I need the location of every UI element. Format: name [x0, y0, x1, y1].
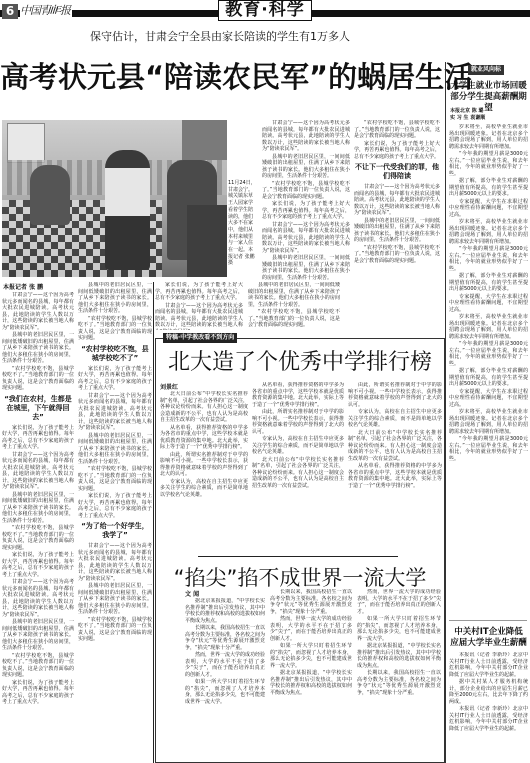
masthead-email: E-mail:jiaoyu@cyol.net.cn [472, 20, 530, 27]
main-story-column-1a: 甘肃会宁——这个因为高考状元多而闻名的县城，每年都有大批农民进城陪读。高考状元县… [2, 292, 74, 763]
article2-column-2: 从名单看，获得推荐资格的中学多为各省市的重点中学，这些学校本就是优质教育资源的集… [252, 382, 344, 551]
main-story-column-3: “农村学校吃不饱，县城学校吃不了。”当地教育部门的一位负责人说，这是会宁教育面临… [354, 120, 440, 332]
article3-byline: 文 闻 [185, 589, 199, 598]
sidebar-story2-body: 本报讯（记者 李新玲）北京中关村IT行业人士日前透露，受经济危机影响，今年中关村… [449, 652, 528, 763]
masthead-date: 2009年12月4日 [92, 20, 129, 27]
article2-column-3: 由此，所谓实名推荐制对于中学的影响不可小视。一些中学校长表示，获得推荐资格就意味… [348, 382, 442, 551]
main-story-column-1b: 县城中的老旧居民区里，一间间低矮破旧的出租屋里，住满了从乡下来陪孩子读书的家长。… [78, 282, 152, 763]
main-story-column-2-tail: 家长们说，为了孩子能考上好大学，再苦再累也值得。每年高考之后，总有不少家庭的孩子… [155, 282, 243, 330]
photo-wall-sign [7, 123, 45, 163]
photo-student-left [30, 165, 70, 225]
main-story-column-3-tail: 县城中的老旧居民区里，一间间低矮破旧的出租屋里，住满了从乡下来陪孩子读书的家长。… [248, 282, 340, 330]
sidebar-story1-headline-1: 大学生就业市场回暖 [447, 81, 530, 92]
sidebar-story2-headline-2: 应届大学毕业生薪酬 [447, 638, 530, 649]
decorative-slashes: //// [48, 6, 57, 16]
article3-column-1: 据北京某报报道，“中学校长实名推荐制”推出后引发热议，其中中学校长的推荐权和高校… [185, 598, 265, 761]
article2-headline: 北大造了个优秀中学排行榜 [155, 345, 445, 376]
page-number: 6 [2, 4, 18, 19]
photo-desk [187, 205, 227, 277]
masthead-weekday: 星期五 [132, 20, 147, 27]
sidebar-story1-body: 岁末将至，高校毕业生就业市场出现回暖迹象。记者在北京多个招聘会现场了解到，用人单… [449, 124, 528, 614]
photo-window [182, 120, 227, 160]
main-headline: 高考状元县“陪读农民军”的蜗居生活 [0, 55, 445, 96]
main-subhead-2: “我们在农村，生都是在城里，下午就得回去” [2, 395, 74, 422]
newspaper-logo: 中国青年报 [20, 2, 72, 18]
main-kicker: 保守估计，甘肃会宁全县由家长陪读的学生有1万多人 [0, 28, 440, 44]
column-divider [153, 282, 154, 763]
inset-label: 特稿·中学教改看不到方向 [163, 333, 237, 343]
article2-column-1: 北大日前公布“中学校长实名推荐制”名单，引起了社会各界的广泛关注，各种议论纷纷而… [160, 391, 248, 551]
masthead-section-en: Education&Science [172, 20, 220, 27]
news-photo [2, 120, 227, 277]
sidebar-story1-byline-2: 实 习 生 袁谦顺 [450, 115, 485, 122]
main-subhead-4: 不让下一代受我们的罪，他们得陪读 [354, 163, 440, 181]
main-subhead-3: “为了给一个好学生，我学了” [78, 522, 152, 540]
main-subhead-1: “农村学校吃不饱，县城学校吃不了” [78, 345, 152, 363]
masthead: 2009年12月4日 星期五 Education&Science 本版编辑/李新… [0, 0, 530, 22]
photo-student-center [105, 150, 150, 270]
sidebar-tag: 就业风向标 [468, 65, 504, 75]
masthead-bar-right: 本版编辑/李新华 Tel:010-64098999 E-mail:jiaoyu@… [312, 10, 530, 17]
photo-caption: 11月24日，甘肃会宁。城关镇东草王人园家学看着学生陪读的，他们大多不在家中，他… [228, 180, 256, 267]
sidebar-story2-headline-1: 中关村IT企业降低 [447, 627, 530, 638]
article3-column-2: 长期以来，我国高校招生一直以高考分数为主要标准，各名校之间为争夺“状元”等优秀生… [270, 589, 352, 761]
article2-byline: 刘景红 [160, 382, 178, 391]
masthead-editor-phone: 本版编辑/李新华 Tel:010-64098999 [318, 20, 401, 27]
section-title: 教育·科学 [218, 0, 312, 21]
article3-headline: “掐尖”掐不成世界一流大学 [155, 562, 445, 592]
sidebar-story1-byline-1: 本报北京 陈 璐 [450, 108, 483, 115]
inset-divider [198, 556, 398, 557]
article3-column-3: 然而，世界一流大学的成功经验表明，大学的水平不在于招了多少“尖子”，而在于能否培… [357, 589, 441, 761]
main-byline: 本报记者 张 鹏 [3, 282, 43, 291]
sidebar-divider [449, 620, 527, 621]
